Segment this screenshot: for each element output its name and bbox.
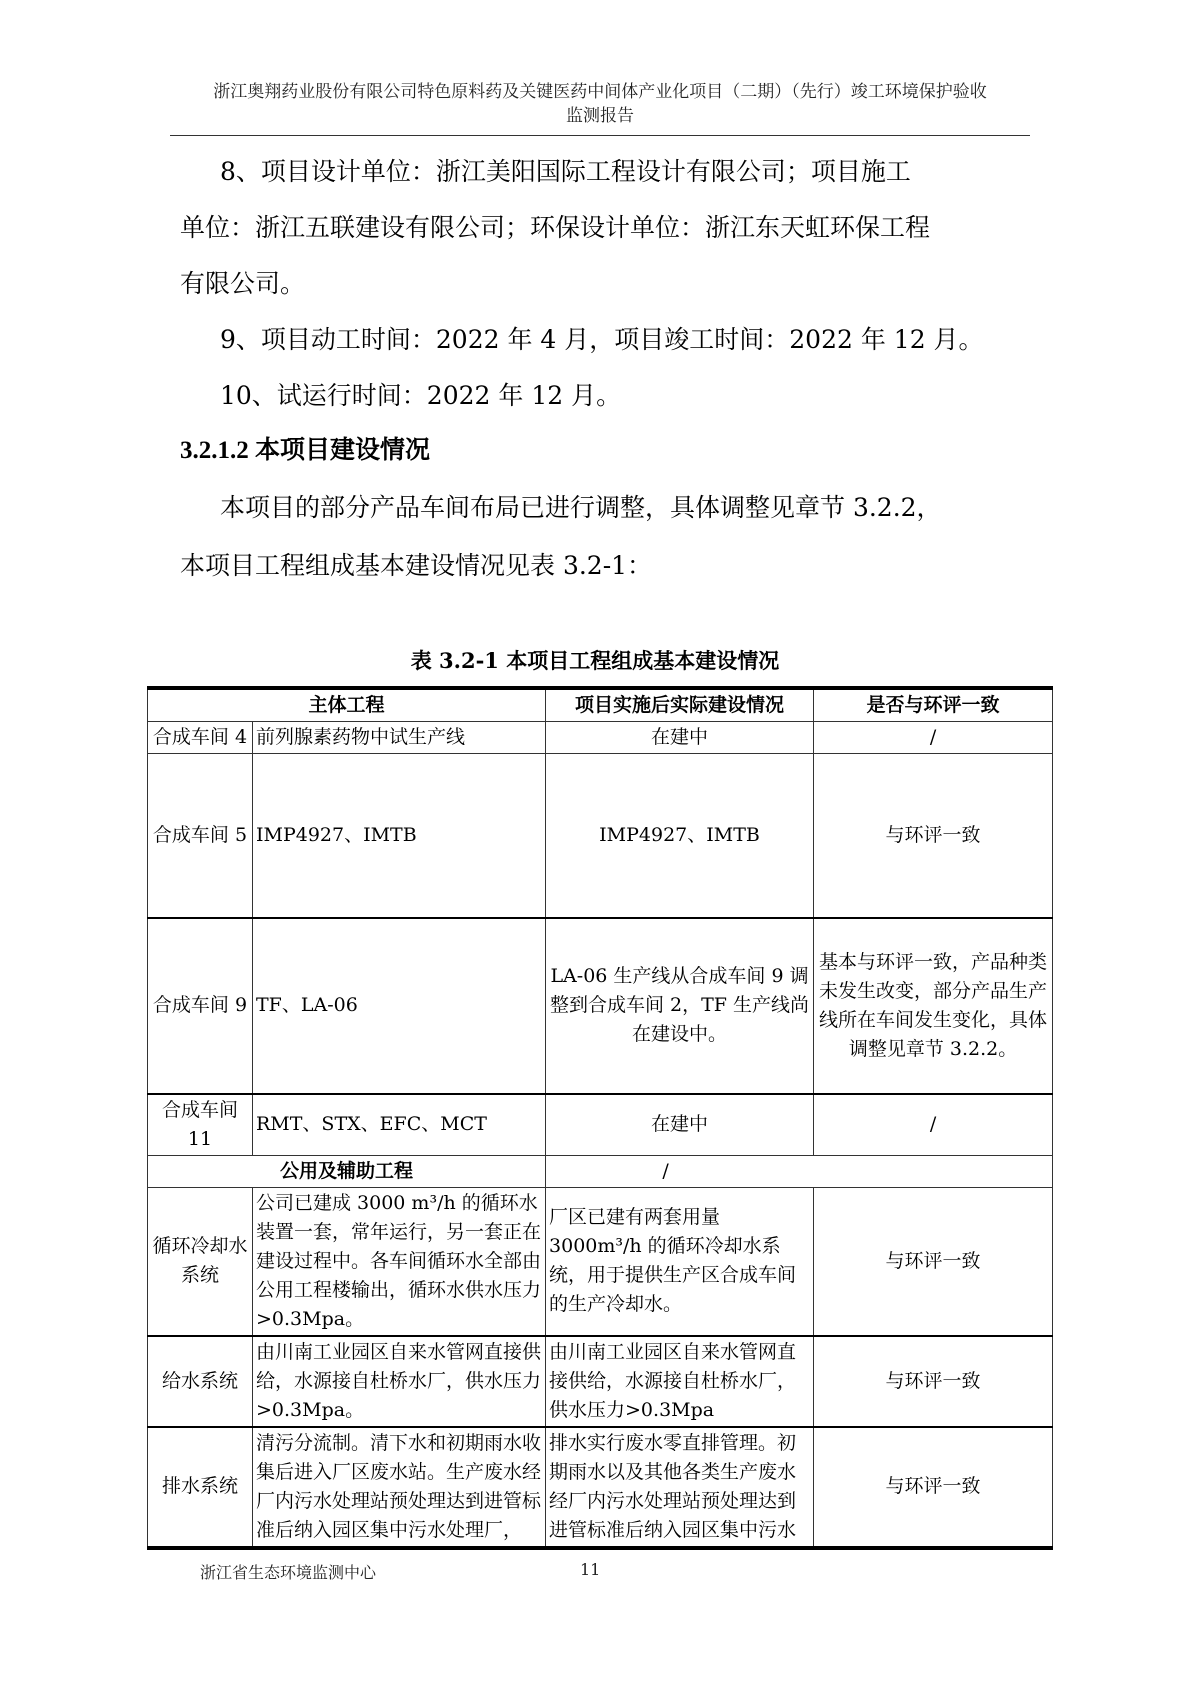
table-header-row: 主体工程 项目实施后实际建设情况 是否与环评一致 — [148, 688, 1053, 722]
header-subtitle: 监测报告 — [170, 104, 1030, 128]
row-actual: 在建中 — [546, 1094, 814, 1156]
row-consistent: / — [814, 722, 1053, 754]
paragraph-item-10: 10、试运行时间：2022 年 12 月。 — [180, 366, 1020, 426]
row-desc: 公司已建成 3000 m³/h 的循环水装置一套，常年运行，另一套正在建设过程中… — [253, 1187, 546, 1336]
paragraph-item-8-end: 有限公司。 — [180, 254, 1020, 314]
row-actual: 在建中 — [546, 722, 814, 754]
row-actual: IMP4927、IMTB — [546, 754, 814, 918]
page-header: 浙江奥翔药业股份有限公司特色原料药及关键医药中间体产业化项目（二期）（先行）竣工… — [170, 80, 1030, 128]
table-row: 合成车间 4 前列腺素药物中试生产线 在建中 / — [148, 722, 1053, 754]
row-name: 合成车间 9 — [148, 918, 253, 1094]
header-main-project: 主体工程 — [148, 688, 546, 722]
row-name: 合成车间 5 — [148, 754, 253, 918]
intro-paragraph-cont: 本项目工程组成基本建设情况见表 3.2-1： — [180, 536, 1020, 596]
table-row: 合成车间 11 RMT、STX、EFC、MCT 在建中 / — [148, 1094, 1053, 1156]
intro-paragraph: 本项目的部分产品车间布局已进行调整，具体调整见章节 3.2.2， — [180, 478, 1020, 538]
row-desc: IMP4927、IMTB — [253, 754, 546, 918]
section-heading: 3.2.1.2 本项目建设情况 — [180, 430, 430, 466]
row-actual: 厂区已建有两套用量 3000m³/h 的循环冷却水系统，用于提供生产区合成车间的… — [546, 1187, 814, 1336]
section-label: 公用及辅助工程 — [148, 1155, 546, 1187]
row-desc: 由川南工业园区自来水管网直接供给，水源接自杜桥水厂，供水压力>0.3Mpa。 — [253, 1336, 546, 1427]
page-number: 11 — [580, 1560, 600, 1579]
paragraph-item-9: 9、项目动工时间：2022 年 4 月，项目竣工时间：2022 年 12 月。 — [180, 310, 1020, 370]
row-desc: 前列腺素药物中试生产线 — [253, 722, 546, 754]
row-name: 合成车间 4 — [148, 722, 253, 754]
row-desc: TF、LA-06 — [253, 918, 546, 1094]
table-row: 给水系统 由川南工业园区自来水管网直接供给，水源接自杜桥水厂，供水压力>0.3M… — [148, 1336, 1053, 1427]
row-consistent: / — [814, 1094, 1053, 1156]
table-row: 合成车间 9 TF、LA-06 LA-06 生产线从合成车间 9 调整到合成车间… — [148, 918, 1053, 1094]
table-section-row: 公用及辅助工程 / — [148, 1155, 1053, 1187]
row-name: 排水系统 — [148, 1427, 253, 1548]
paragraph-item-8-cont: 单位：浙江五联建设有限公司；环保设计单位：浙江东天虹环保工程 — [180, 198, 1020, 258]
row-consistent: 与环评一致 — [814, 1187, 1053, 1336]
paragraph-item-8: 8、项目设计单位：浙江美阳国际工程设计有限公司；项目施工 — [180, 142, 1020, 202]
row-desc: 清污分流制。清下水和初期雨水收集后进入厂区废水站。生产废水经厂内污水处理站预处理… — [253, 1427, 546, 1548]
row-name: 合成车间 11 — [148, 1094, 253, 1156]
header-divider — [170, 135, 1030, 136]
table-row: 循环冷却水系统 公司已建成 3000 m³/h 的循环水装置一套，常年运行，另一… — [148, 1187, 1053, 1336]
footer-organization: 浙江省生态环境监测中心 — [200, 1560, 376, 1583]
row-actual: LA-06 生产线从合成车间 9 调整到合成车间 2，TF 生产线尚在建设中。 — [546, 918, 814, 1094]
table-caption: 表 3.2-1 本项目工程组成基本建设情况 — [0, 645, 1190, 675]
header-title: 浙江奥翔药业股份有限公司特色原料药及关键医药中间体产业化项目（二期）（先行）竣工… — [170, 80, 1030, 104]
header-actual: 项目实施后实际建设情况 — [546, 688, 814, 722]
row-actual: 由川南工业园区自来水管网直接供给，水源接自杜桥水厂，供水压力>0.3Mpa — [546, 1336, 814, 1427]
row-consistent: 与环评一致 — [814, 1427, 1053, 1548]
row-desc: RMT、STX、EFC、MCT — [253, 1094, 546, 1156]
table-row: 排水系统 清污分流制。清下水和初期雨水收集后进入厂区废水站。生产废水经厂内污水处… — [148, 1427, 1053, 1548]
row-name: 给水系统 — [148, 1336, 253, 1427]
row-actual: 排水实行废水零直排管理。初期雨水以及其他各类生产废水经厂内污水处理站预处理达到进… — [546, 1427, 814, 1548]
table-row: 合成车间 5 IMP4927、IMTB IMP4927、IMTB 与环评一致 — [148, 754, 1053, 918]
construction-table: 主体工程 项目实施后实际建设情况 是否与环评一致 合成车间 4 前列腺素药物中试… — [147, 686, 1053, 1550]
row-consistent: 与环评一致 — [814, 754, 1053, 918]
row-name: 循环冷却水系统 — [148, 1187, 253, 1336]
header-consistent: 是否与环评一致 — [814, 688, 1053, 722]
row-consistent: 基本与环评一致，产品种类未发生改变，部分产品生产线所在车间发生变化，具体调整见章… — [814, 918, 1053, 1094]
row-consistent: 与环评一致 — [814, 1336, 1053, 1427]
section-value: / — [546, 1155, 1053, 1187]
